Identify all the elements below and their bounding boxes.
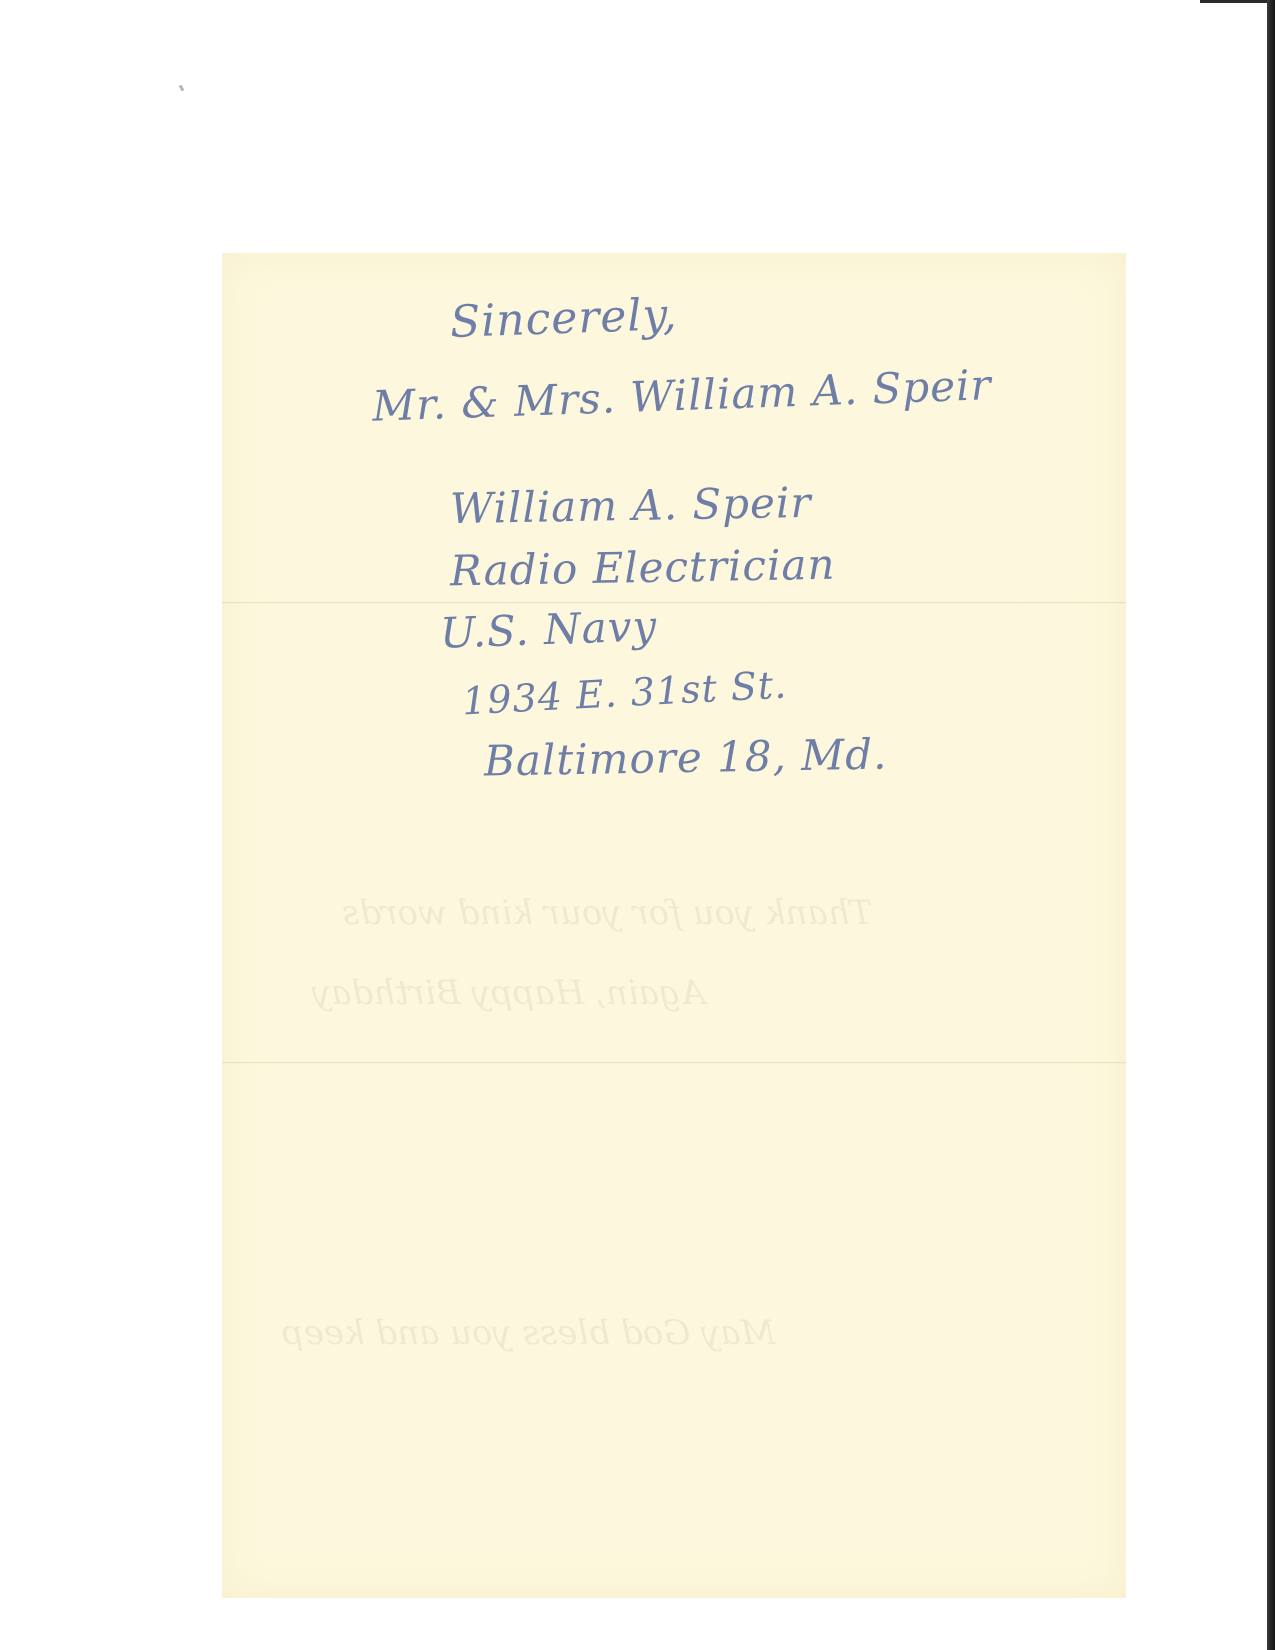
sender-street: 1934 E. 31st St. — [461, 663, 788, 724]
sender-name: William A. Speir — [450, 478, 812, 533]
sender-branch: U.S. Navy — [439, 601, 658, 658]
scan-edge-right — [1267, 0, 1275, 1650]
bleed-through-text: Thank you for your kind words — [342, 893, 872, 933]
sender-rank: Radio Electrician — [450, 540, 836, 596]
fold-line-lower — [222, 1062, 1126, 1064]
scan-edge-top — [1200, 0, 1275, 3]
sender-city: Baltimore 18, Md. — [484, 729, 888, 785]
closing-line: Sincerely, — [449, 289, 678, 348]
bleed-through-text: May God bless you and keep — [282, 1313, 776, 1353]
letter-page: Thank you for your kind words Again, Hap… — [222, 253, 1126, 1598]
bleed-through-text: Again, Happy Birthday — [312, 973, 705, 1013]
dust-speck — [179, 85, 185, 92]
signature-line: Mr. & Mrs. William A. Speir — [371, 360, 992, 431]
fold-line-upper — [222, 602, 1126, 604]
